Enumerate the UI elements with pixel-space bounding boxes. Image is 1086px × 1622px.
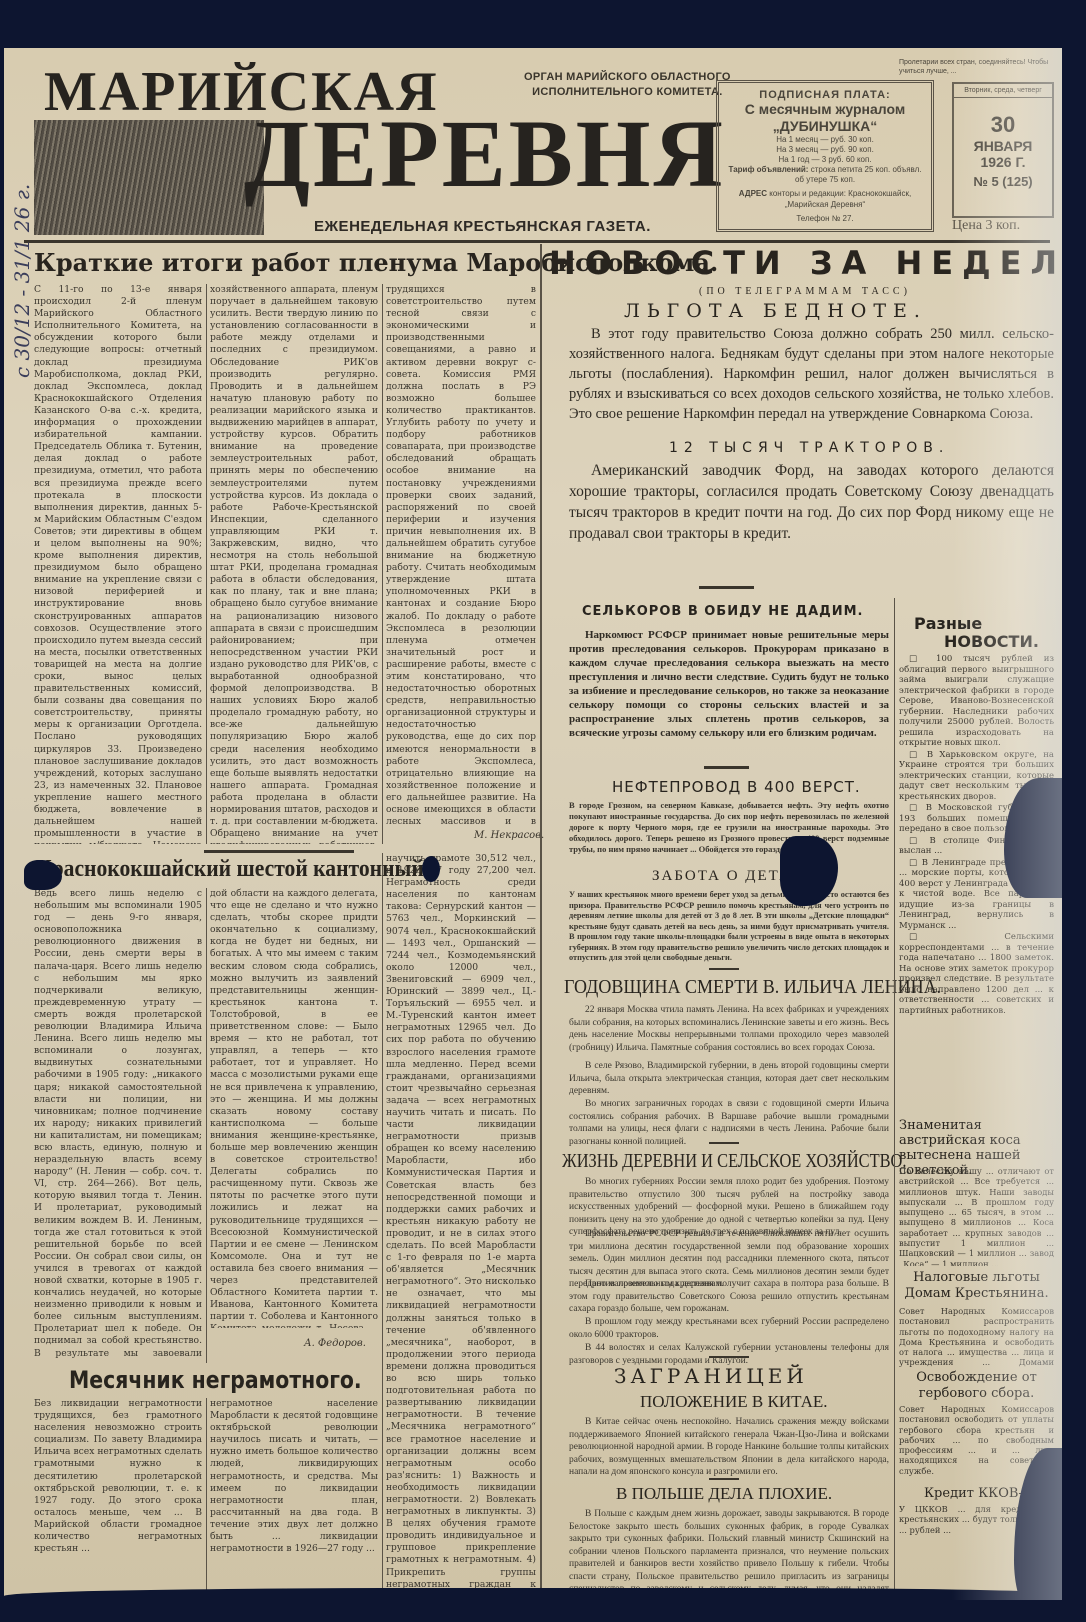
section-rule	[709, 968, 739, 970]
kanton-signature: А. Федоров.	[304, 1338, 366, 1349]
newspaper-page: МАРИЙСКАЯ ОРГАН МАРИЙСКОГО ОБЛАСТНОГО ИС…	[4, 48, 1062, 1600]
section-rule	[699, 586, 754, 589]
article-text-pipeline: В городе Грозном, на северном Кавказе, д…	[569, 800, 889, 855]
literacy-column-2: неграмотное население Маробласти к десят…	[210, 1398, 378, 1598]
plenum-column-2: хозяйственного аппарата, пленум поручает…	[210, 284, 378, 844]
paper-bottom-tear	[4, 1588, 1062, 1600]
organ-line: ИСПОЛНИТЕЛЬНОГО КОМИТЕТА.	[524, 85, 731, 100]
article-text-village-3: Против прошлого года деревня получит сах…	[569, 1278, 889, 1316]
article-title-village-life: ЖИЗНЬ ДЕРЕВНИ И СЕЛЬСКОЕ ХОЗЯЙСТВО.	[562, 1150, 907, 1173]
abroad-headline: ЗАГРАНИЦЕЙ	[614, 1364, 808, 1388]
article-title-tractors: 12 ТЫСЯЧ ТРАКТОРОВ.	[669, 440, 949, 456]
subscription-rate: На 1 год — 3 руб. 60 коп.	[727, 155, 923, 165]
article-title-pipeline: НЕФТЕПРОВОД В 400 ВЕРСТ.	[612, 778, 861, 796]
kanton-headline: Краснококшайский шестой кантонный.	[36, 856, 429, 883]
news-subheadline: (ПО ТЕЛЕГРАММАМ ТАСС)	[699, 286, 911, 297]
article-title-poland: В ПОЛЬШЕ ДЕЛА ПЛОХИЕ.	[616, 1484, 832, 1504]
article-text-children: У наших крестьянок много времени берет у…	[569, 890, 889, 964]
article-text-lenin-3: Во многих заграничных городах в связи с …	[569, 1098, 889, 1148]
subscription-line2: „ДУБИНУШКА“	[727, 118, 923, 135]
masthead-rule	[24, 240, 1050, 243]
address-label: АДРЕС	[739, 189, 767, 198]
section-rule	[204, 850, 354, 853]
section-rule	[709, 1142, 739, 1144]
plenum-column-1: С 11-го по 13-е января происходил 2-й пл…	[34, 284, 202, 844]
masthead-subtitle: ЕЖЕНЕДЕЛЬНАЯ КРЕСТЬЯНСКАЯ ГАЗЕТА.	[314, 218, 651, 235]
paper-hole	[24, 860, 62, 890]
article-text-selkor: Наркомюст РСФСР принимает новые решитель…	[569, 628, 889, 740]
subscription-rate: На 1 месяц — руб. 30 коп.	[727, 135, 923, 145]
column-divider	[206, 284, 207, 844]
plenum-column-3: трудящихся в советстроительство путем те…	[386, 284, 536, 829]
masthead-organ: ОРГАН МАРИЙСКОГО ОБЛАСТНОГО ИСПОЛНИТЕЛЬН…	[524, 70, 731, 100]
column-divider	[382, 853, 383, 1598]
masthead-title-line2: ДЕРЕВНЯ	[244, 106, 726, 202]
subscription-rate: На 3 месяц — руб. 90 коп.	[727, 145, 923, 155]
tariff-label: Тариф объявлений:	[729, 165, 809, 174]
article-text-village-4: В прошлом году между крестьянами всех гу…	[569, 1316, 889, 1341]
tariff-text: строка петита 25 коп. объявл. об утере 7…	[795, 165, 922, 184]
phone: Телефон № 27.	[727, 213, 923, 224]
section-rule	[704, 766, 749, 769]
article-title-lgota: ЛЬГОТА БЕДНОТЕ.	[624, 300, 927, 322]
article-title-china: ПОЛОЖЕНИЕ В КИТАЕ.	[640, 1392, 828, 1412]
article-text-lenin-2: В селе Рязово, Владимирской губернии, в …	[569, 1060, 889, 1098]
subscription-heading: ПОДПИСНАЯ ПЛАТА:	[727, 89, 923, 101]
literacy-headline: Месячник неграмотного.	[69, 1366, 362, 1394]
article-text-lenin-1: 22 января Москва чтила память Ленина. На…	[569, 1004, 889, 1054]
article-title-lenin: ГОДОВЩИНА СМЕРТИ В. ИЛЬИЧА ЛЕНИНА.	[564, 976, 941, 999]
kanton-column-3: научить грамоте 30,512 чел., в 1926—27 г…	[386, 853, 536, 1593]
article-title-selkor: СЕЛЬКОРОВ В ОБИДУ НЕ ДАДИМ.	[582, 604, 863, 619]
paper-hole	[422, 856, 440, 882]
section-rule	[709, 1478, 739, 1480]
subscription-box: ПОДПИСНАЯ ПЛАТА: С месячным журналом „ДУ…	[716, 80, 934, 232]
literacy-column-1: Без ликвидации неграмотности трудящихся,…	[34, 1398, 202, 1598]
column-divider	[894, 598, 895, 1598]
plenum-signature: М. Некрасов.	[474, 830, 544, 841]
address-text: конторы и редакции: Краснококшайск, „Мар…	[769, 189, 911, 209]
handwritten-margin-note: с 30/12 - 31/1 26 г.	[10, 184, 34, 378]
column-divider	[206, 1398, 207, 1598]
article-text-poland: В Польше с каждым днем жизнь дорожает, з…	[569, 1508, 889, 1593]
kanton-column-2: дой области на каждого делегата, что еще…	[210, 888, 378, 1328]
subscription-line1: С месячным журналом	[727, 101, 923, 118]
column-divider	[382, 284, 383, 844]
plastic-sleeve-glare	[952, 48, 1062, 1600]
masthead-illustration	[34, 120, 264, 235]
section-divider	[540, 244, 542, 1600]
article-text-china: В Китае сейчас очень неспокойно. Началис…	[569, 1416, 889, 1479]
column-divider	[206, 888, 207, 1363]
organ-line: ОРГАН МАРИЙСКОГО ОБЛАСТНОГО	[524, 70, 731, 85]
section-rule	[709, 1356, 749, 1358]
kanton-column-1: Ведь всего лишь неделю с небольшим мы вс…	[34, 888, 202, 1358]
